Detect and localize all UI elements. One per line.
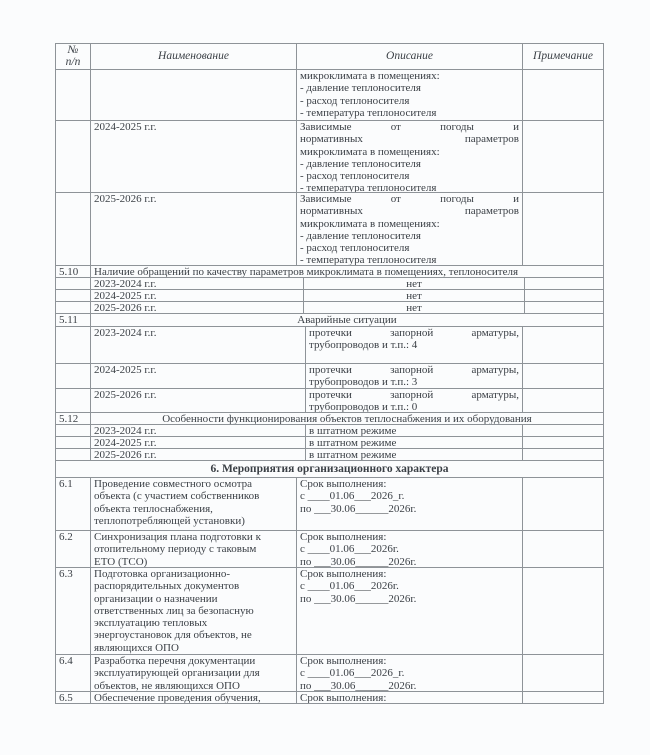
- s511-num: 5.11: [55, 313, 91, 327]
- row-name: 2025-2026 г.г.: [90, 388, 306, 413]
- desc-line-justified: протечкизапорнойарматуры,: [309, 327, 519, 339]
- row-name: 2023-2024 г.г.: [90, 326, 306, 364]
- cont-name: [90, 69, 297, 121]
- row-name: Обеспечение проведения обучения,: [90, 691, 297, 704]
- name-line: ответственных лиц за безопасную: [94, 605, 293, 617]
- row-name: 2024-2025 г.г.: [90, 120, 297, 193]
- word: протечки: [309, 389, 352, 401]
- s6-title: 6. Мероприятия организационного характер…: [55, 460, 604, 478]
- name-line: Подготовка организационно-: [94, 568, 293, 580]
- name-line: являющихся ОПО: [94, 642, 293, 654]
- word: погоды: [440, 193, 474, 205]
- word: параметров: [465, 133, 519, 145]
- word: протечки: [309, 364, 352, 376]
- desc-line-justified: Зависимыеотпогодыи: [300, 121, 519, 133]
- row-desc: Зависимыеотпогодыинормативныхпараметровм…: [296, 192, 523, 266]
- desc-line: микроклимата в помещениях:: [300, 218, 519, 230]
- row-note: [522, 326, 604, 364]
- header-desc: Описание: [296, 43, 523, 70]
- desc-line: с ____01.06___2026_г.: [300, 490, 519, 502]
- row-num: 6.5: [55, 691, 91, 704]
- row-name: Проведение совместного осмотраобъекта (с…: [90, 477, 297, 531]
- document-page: № п/п Наименование Описание Примечание м…: [0, 0, 650, 755]
- word: арматуры,: [471, 327, 519, 339]
- row-note: [522, 654, 604, 692]
- word: нормативных: [300, 205, 363, 217]
- row-desc: Срок выполнения:с ____01.06___2026г.по _…: [296, 530, 523, 568]
- row-desc: Зависимыеотпогодыинормативныхпараметровм…: [296, 120, 523, 193]
- desc-line: Срок выполнения:: [300, 568, 519, 580]
- desc-line: с ____01.06___2026г.: [300, 543, 519, 555]
- row-num: [55, 363, 91, 389]
- row-desc: протечкизапорнойарматуры,трубопроводов и…: [305, 363, 523, 389]
- name-line: организации о назначении: [94, 593, 293, 605]
- name-line: объекта теплоснабжения,: [94, 503, 293, 515]
- header-note: Примечание: [522, 43, 604, 70]
- name-line: Синхронизация плана подготовки к: [94, 531, 293, 543]
- desc-line: Срок выполнения:: [300, 478, 519, 490]
- row-desc: Срок выполнения:: [296, 691, 523, 704]
- desc-line: Срок выполнения:: [300, 531, 519, 543]
- row-note: [522, 388, 604, 413]
- row-note: [522, 192, 604, 266]
- row-num: 6.4: [55, 654, 91, 692]
- row-num: 6.3: [55, 567, 91, 655]
- cont-num: [55, 69, 91, 121]
- desc-line: микроклимата в помещениях:: [300, 70, 519, 82]
- desc-line-justified: протечкизапорнойарматуры,: [309, 389, 519, 401]
- word: и: [513, 121, 519, 133]
- name-line: распорядительных документов: [94, 580, 293, 592]
- desc-line: по ___30.06______2026г.: [300, 503, 519, 515]
- word: арматуры,: [471, 364, 519, 376]
- desc-line: - давление теплоносителя: [300, 158, 519, 170]
- header-num-line2: п/п: [59, 57, 87, 69]
- row-num: [55, 120, 91, 193]
- row-name: 2025-2026 г.г.: [90, 192, 297, 266]
- desc-line: с ____01.06___2026_г.: [300, 667, 519, 679]
- name-line: Обеспечение проведения обучения,: [94, 692, 293, 704]
- row-desc: Срок выполнения:с ____01.06___2026_г.по …: [296, 477, 523, 531]
- word: Зависимые: [300, 193, 351, 205]
- desc-line-justified: нормативныхпараметров: [300, 205, 519, 217]
- row-note: [522, 477, 604, 531]
- name-line: теплопотребляющей установки): [94, 515, 293, 527]
- word: от: [391, 121, 401, 133]
- row-note: [522, 691, 604, 704]
- row-desc: протечкизапорнойарматуры,трубопроводов и…: [305, 388, 523, 413]
- name-line: энергоустановок для объектов, не: [94, 629, 293, 641]
- header-num: № п/п: [55, 43, 91, 70]
- desc-line-justified: Зависимыеотпогодыи: [300, 193, 519, 205]
- desc-line: - температура теплоносителя: [300, 107, 519, 119]
- desc-line-justified: протечкизапорнойарматуры,: [309, 364, 519, 376]
- cont-note: [522, 69, 604, 121]
- row-note: [522, 530, 604, 568]
- desc-line: трубопроводов и т.п.: 3: [309, 376, 519, 388]
- desc-line: - расход теплоносителя: [300, 242, 519, 254]
- word: Зависимые: [300, 121, 351, 133]
- word: погоды: [440, 121, 474, 133]
- word: и: [513, 193, 519, 205]
- word: арматуры,: [471, 389, 519, 401]
- row-num: [55, 192, 91, 266]
- desc-line: Срок выполнения:: [300, 692, 519, 704]
- word: запорной: [390, 364, 433, 376]
- word: запорной: [390, 389, 433, 401]
- row-num: 6.1: [55, 477, 91, 531]
- row-desc: Срок выполнения:с ____01.06___2026г.по _…: [296, 567, 523, 655]
- name-line: эксплуатацию тепловых: [94, 617, 293, 629]
- name-line: отопительному периоду с таковым: [94, 543, 293, 555]
- desc-line: трубопроводов и т.п.: 4: [309, 339, 519, 351]
- word: от: [391, 193, 401, 205]
- row-desc: протечкизапорнойарматуры,трубопроводов и…: [305, 326, 523, 364]
- desc-line: - расход теплоносителя: [300, 170, 519, 182]
- name-line: эксплуатирующей организации для: [94, 667, 293, 679]
- header-name: Наименование: [90, 43, 297, 70]
- row-num: [55, 326, 91, 364]
- row-desc: Срок выполнения:с ____01.06___2026_г.по …: [296, 654, 523, 692]
- desc-line: - давление теплоносителя: [300, 230, 519, 242]
- desc-line: - расход теплоносителя: [300, 95, 519, 107]
- word: параметров: [465, 205, 519, 217]
- row-num: 6.2: [55, 530, 91, 568]
- row-name: Разработка перечня документацииэксплуати…: [90, 654, 297, 692]
- desc-line: по ___30.06______2026г.: [300, 593, 519, 605]
- row-num: [55, 388, 91, 413]
- cont-desc: микроклимата в помещениях: - давление те…: [296, 69, 523, 121]
- name-line: Проведение совместного осмотра: [94, 478, 293, 490]
- word: протечки: [309, 327, 352, 339]
- desc-line-justified: нормативныхпараметров: [300, 133, 519, 145]
- desc-line: с ____01.06___2026г.: [300, 580, 519, 592]
- row-name: Синхронизация плана подготовки котопител…: [90, 530, 297, 568]
- desc-line: - давление теплоносителя: [300, 82, 519, 94]
- row-name: Подготовка организационно-распорядительн…: [90, 567, 297, 655]
- s511-title: Аварийные ситуации: [90, 313, 604, 327]
- word: запорной: [390, 327, 433, 339]
- row-name: 2024-2025 г.г.: [90, 363, 306, 389]
- desc-line: Срок выполнения:: [300, 655, 519, 667]
- row-note: [522, 120, 604, 193]
- name-line: Разработка перечня документации: [94, 655, 293, 667]
- desc-line: микроклимата в помещениях:: [300, 146, 519, 158]
- row-note: [522, 567, 604, 655]
- row-note: [522, 363, 604, 389]
- word: нормативных: [300, 133, 363, 145]
- name-line: объекта (с участием собственников: [94, 490, 293, 502]
